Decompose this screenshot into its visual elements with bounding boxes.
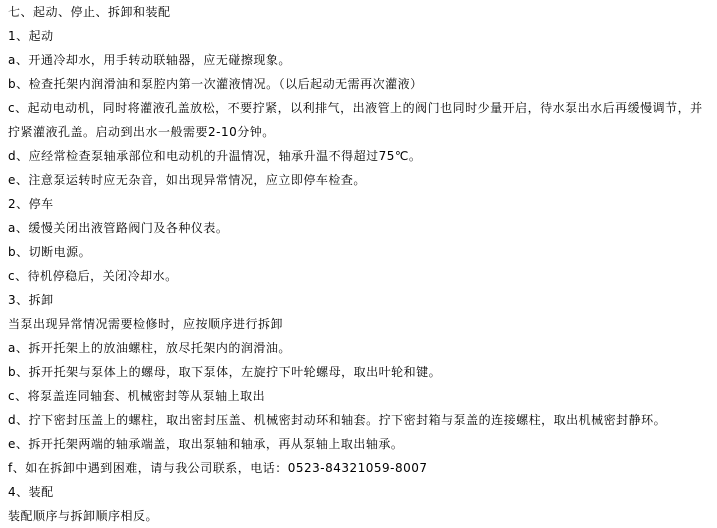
section-2-item-1: a、缓慢关闭出液管路阀门及各种仪表。	[8, 216, 711, 240]
section-4-heading: 4、装配	[8, 480, 711, 504]
section-1-item-1: a、开通冷却水，用手转动联轴器，应无碰擦现象。	[8, 48, 711, 72]
section-3-heading: 3、拆卸	[8, 288, 711, 312]
section-3-intro: 当泵出现异常情况需要检修时，应按顺序进行拆卸	[8, 312, 711, 336]
section-2-item-3: c、待机停稳后，关闭冷却水。	[8, 264, 711, 288]
section-1-item-2: b、检查托架内润滑油和泵腔内第一次灌液情况。（以后起动无需再次灌液）	[8, 72, 711, 96]
section-3-item-3: c、将泵盖连同轴套、机械密封等从泵轴上取出	[8, 384, 711, 408]
section-1-heading: 1、起动	[8, 24, 711, 48]
section-2-heading: 2、停车	[8, 192, 711, 216]
section-1-item-5: e、注意泵运转时应无杂音，如出现异常情况，应立即停车检查。	[8, 168, 711, 192]
section-2-item-2: b、切断电源。	[8, 240, 711, 264]
document-body: 七、起动、停止、拆卸和装配 1、起动a、开通冷却水，用手转动联轴器，应无碰擦现象…	[0, 0, 717, 528]
section-3-item-4: d、拧下密封压盖上的螺柱，取出密封压盖、机械密封动环和轴套。拧下密封箱与泵盖的连…	[8, 408, 711, 432]
section-1-item-4: d、应经常检查泵轴承部位和电动机的升温情况，轴承升温不得超过75℃。	[8, 144, 711, 168]
document-title: 七、起动、停止、拆卸和装配	[8, 0, 711, 24]
section-4-item-1: 装配顺序与拆卸顺序相反。	[8, 504, 711, 528]
section-3-item-5: e、拆开托架两端的轴承端盖，取出泵轴和轴承，再从泵轴上取出轴承。	[8, 432, 711, 456]
section-1-item-3: c、起动电动机，同时将灌液孔盖放松，不要拧紧，以利排气，出液管上的阀门也同时少量…	[8, 96, 711, 144]
section-3-item-6: f、如在拆卸中遇到困难，请与我公司联系，电话：0523-84321059-800…	[8, 456, 711, 480]
section-3-item-2: b、拆开托架与泵体上的螺母，取下泵体，左旋拧下叶轮螺母，取出叶轮和键。	[8, 360, 711, 384]
section-3-item-1: a、拆开托架上的放油螺柱，放尽托架内的润滑油。	[8, 336, 711, 360]
